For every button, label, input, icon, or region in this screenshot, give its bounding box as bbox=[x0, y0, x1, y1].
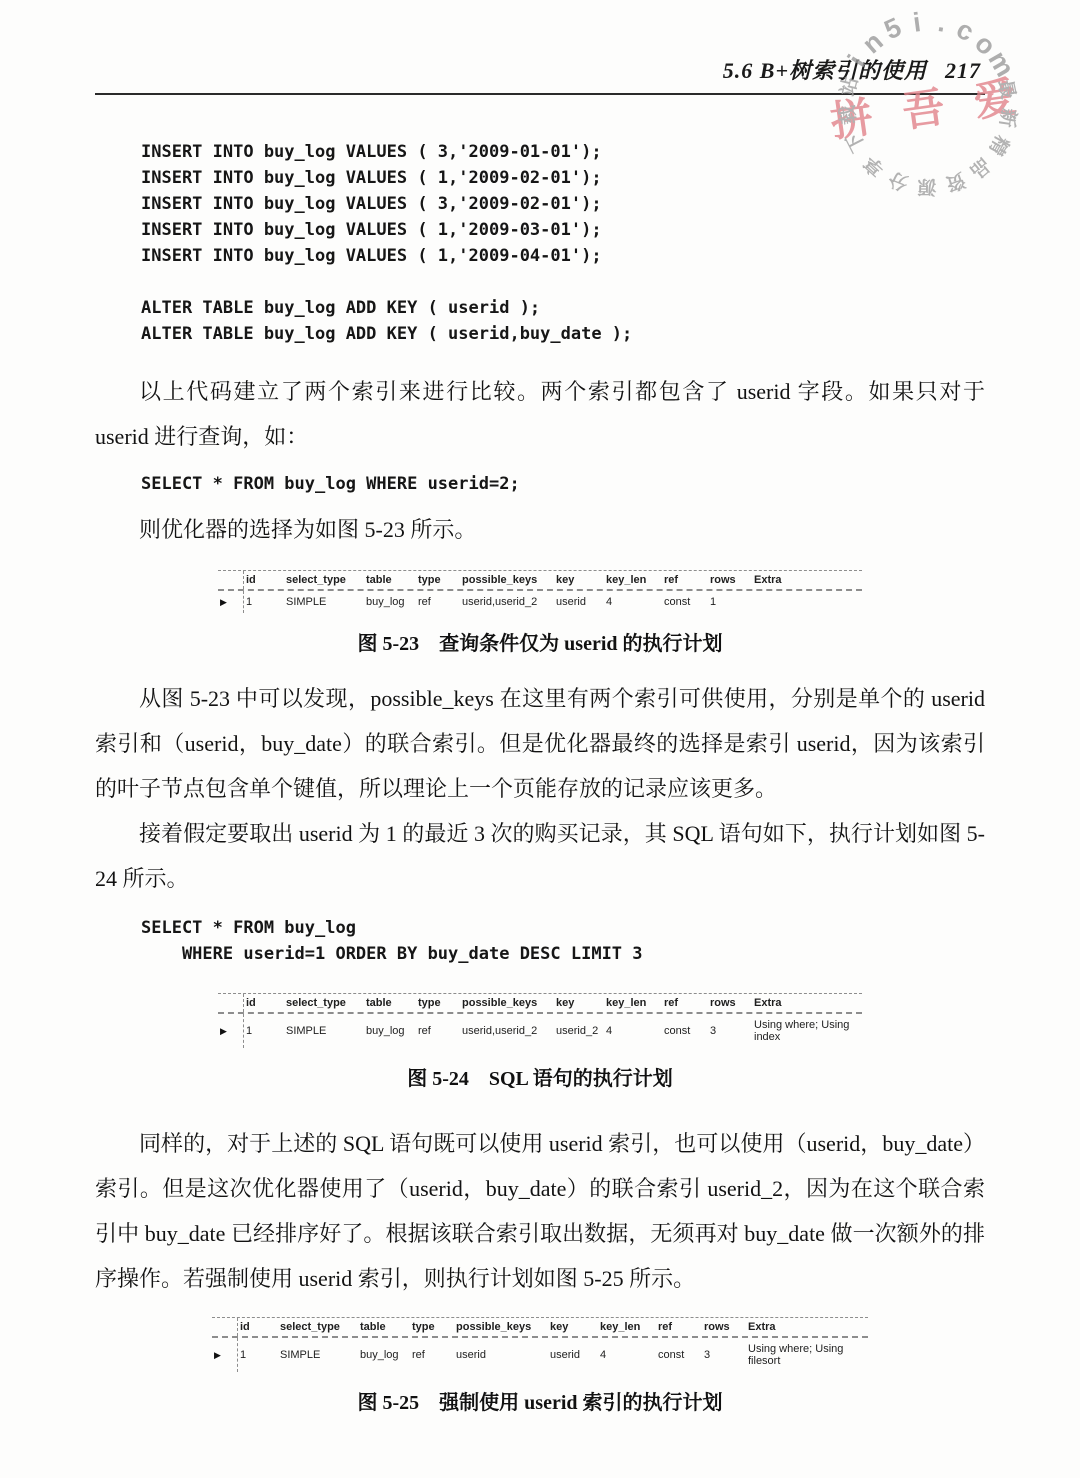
watermark-ring-char: 精 bbox=[983, 131, 1016, 161]
sql-code-select-userid2: SELECT * FROM buy_log WHERE userid=2; bbox=[141, 471, 985, 497]
cell-key-len: 4 bbox=[604, 591, 662, 613]
explain-table-header-row: id select_type table type possible_keys … bbox=[212, 1317, 868, 1338]
header-cell-extra: Extra bbox=[746, 1318, 868, 1336]
cell-table: buy_log bbox=[364, 1020, 416, 1042]
header-cell-key: key bbox=[554, 571, 604, 589]
cell-type: ref bbox=[416, 591, 460, 613]
watermark-arc-char: 5 bbox=[880, 12, 906, 46]
paragraph-next-query: 接着假定要取出 userid 为 1 的最近 3 次的购买记录，其 SQL 语句… bbox=[95, 811, 985, 901]
cell-key: userid bbox=[548, 1344, 598, 1366]
header-cell-possible-keys: possible_keys bbox=[460, 571, 554, 589]
header-cell-table: table bbox=[364, 571, 416, 589]
book-page-scan: 拼 吾 爱 in5i.com最新精品资源分享下载站 5.6 B+树索引的使用21… bbox=[0, 0, 1080, 1478]
header-cell-extra: Extra bbox=[752, 994, 862, 1012]
marker-column-header bbox=[212, 1318, 238, 1336]
header-cell-id: id bbox=[244, 571, 284, 589]
cell-table: buy_log bbox=[358, 1344, 410, 1366]
header-cell-key: key bbox=[554, 994, 604, 1012]
cell-ref: const bbox=[662, 591, 708, 613]
page-number: 217 bbox=[945, 58, 981, 83]
cell-extra: Using where; Using index bbox=[752, 1014, 862, 1048]
cell-ref: const bbox=[656, 1344, 702, 1366]
cell-id: 1 bbox=[238, 1344, 278, 1366]
paragraph-analysis-fig24: 同样的，对于上述的 SQL 语句既可以使用 userid 索引，也可以使用（us… bbox=[95, 1121, 985, 1301]
cell-type: ref bbox=[410, 1344, 454, 1366]
paragraph-intro: 以上代码建立了两个索引来进行比较。两个索引都包含了 userid 字段。如果只对… bbox=[95, 369, 985, 459]
cell-extra: Using where; Using filesort bbox=[746, 1338, 868, 1372]
cell-rows: 1 bbox=[708, 591, 752, 613]
explain-table-data-row: ▶ 1 SIMPLE buy_log ref userid userid 4 c… bbox=[212, 1338, 868, 1372]
header-cell-select-type: select_type bbox=[278, 1318, 358, 1336]
header-cell-rows: rows bbox=[708, 571, 752, 589]
cell-key-len: 4 bbox=[598, 1344, 656, 1366]
cell-type: ref bbox=[416, 1020, 460, 1042]
header-cell-ref: ref bbox=[662, 571, 708, 589]
row-marker-icon: ▶ bbox=[218, 591, 244, 613]
cell-table: buy_log bbox=[364, 591, 416, 613]
explain-table-data-row: ▶ 1 SIMPLE buy_log ref userid,userid_2 u… bbox=[218, 1014, 862, 1048]
watermark-ring-char: 新 bbox=[994, 107, 1024, 130]
running-head: 5.6 B+树索引的使用217 bbox=[95, 54, 985, 95]
header-cell-ref: ref bbox=[662, 994, 708, 1012]
header-cell-type: type bbox=[416, 571, 460, 589]
header-cell-select-type: select_type bbox=[284, 994, 364, 1012]
header-cell-rows: rows bbox=[708, 994, 752, 1012]
marker-column-header bbox=[218, 994, 244, 1012]
header-cell-possible-keys: possible_keys bbox=[460, 994, 554, 1012]
cell-possible-keys: userid bbox=[454, 1344, 548, 1366]
section-title: 5.6 B+树索引的使用 bbox=[723, 58, 927, 83]
cell-select-type: SIMPLE bbox=[284, 591, 364, 613]
header-cell-key-len: key_len bbox=[604, 994, 662, 1012]
paragraph-analysis-fig23: 从图 5-23 中可以发现，possible_keys 在这里有两个索引可供使用… bbox=[95, 676, 985, 811]
explain-table-fig25: id select_type table type possible_keys … bbox=[212, 1317, 868, 1372]
figure-5-23: id select_type table type possible_keys … bbox=[95, 570, 985, 656]
cell-select-type: SIMPLE bbox=[284, 1020, 364, 1042]
sql-code-inserts-alters: INSERT INTO buy_log VALUES ( 3,'2009-01-… bbox=[141, 139, 985, 347]
figure-5-24-caption: 图 5-24 SQL 语句的执行计划 bbox=[95, 1062, 985, 1091]
cell-key-len: 4 bbox=[604, 1020, 662, 1042]
explain-table-header-row: id select_type table type possible_keys … bbox=[218, 993, 862, 1014]
explain-table-fig24: id select_type table type possible_keys … bbox=[218, 993, 862, 1048]
figure-5-23-caption: 图 5-23 查询条件仅为 userid 的执行计划 bbox=[95, 627, 985, 656]
cell-extra bbox=[752, 597, 862, 607]
header-cell-table: table bbox=[364, 994, 416, 1012]
header-cell-type: type bbox=[416, 994, 460, 1012]
header-cell-key: key bbox=[548, 1318, 598, 1336]
header-cell-type: type bbox=[410, 1318, 454, 1336]
cell-key: userid bbox=[554, 591, 604, 613]
watermark-arc-char: i bbox=[911, 7, 922, 39]
watermark-arc-char: c bbox=[952, 13, 979, 47]
header-cell-table: table bbox=[358, 1318, 410, 1336]
cell-id: 1 bbox=[244, 591, 284, 613]
cell-id: 1 bbox=[244, 1020, 284, 1042]
figure-5-25-caption: 图 5-25 强制使用 userid 索引的执行计划 bbox=[95, 1386, 985, 1415]
cell-select-type: SIMPLE bbox=[278, 1344, 358, 1366]
explain-table-fig23: id select_type table type possible_keys … bbox=[218, 570, 862, 613]
cell-possible-keys: userid,userid_2 bbox=[460, 591, 554, 613]
header-cell-ref: ref bbox=[656, 1318, 702, 1336]
marker-column-header bbox=[218, 571, 244, 589]
explain-table-data-row: ▶ 1 SIMPLE buy_log ref userid,userid_2 u… bbox=[218, 591, 862, 613]
cell-rows: 3 bbox=[702, 1344, 746, 1366]
explain-table-header-row: id select_type table type possible_keys … bbox=[218, 570, 862, 591]
header-cell-possible-keys: possible_keys bbox=[454, 1318, 548, 1336]
cell-possible-keys: userid,userid_2 bbox=[460, 1020, 554, 1042]
header-cell-extra: Extra bbox=[752, 571, 862, 589]
watermark-arc-char: m bbox=[981, 46, 1020, 82]
header-cell-select-type: select_type bbox=[284, 571, 364, 589]
row-marker-icon: ▶ bbox=[212, 1338, 238, 1372]
row-marker-icon: ▶ bbox=[218, 1014, 244, 1048]
watermark-arc-char: . bbox=[936, 7, 948, 39]
header-cell-id: id bbox=[238, 1318, 278, 1336]
header-cell-id: id bbox=[244, 994, 284, 1012]
figure-5-24: id select_type table type possible_keys … bbox=[95, 993, 985, 1091]
cell-ref: const bbox=[662, 1020, 708, 1042]
figure-5-25: id select_type table type possible_keys … bbox=[95, 1317, 985, 1415]
header-cell-key-len: key_len bbox=[604, 571, 662, 589]
header-cell-rows: rows bbox=[702, 1318, 746, 1336]
header-cell-key-len: key_len bbox=[598, 1318, 656, 1336]
cell-key: userid_2 bbox=[554, 1020, 604, 1042]
sql-code-select-limit: SELECT * FROM buy_log WHERE userid=1 ORD… bbox=[141, 915, 985, 967]
cell-rows: 3 bbox=[708, 1020, 752, 1042]
watermark-ring-char: 最 bbox=[993, 77, 1023, 101]
paragraph-fig23-lead: 则优化器的选择为如图 5-23 所示。 bbox=[95, 507, 985, 552]
